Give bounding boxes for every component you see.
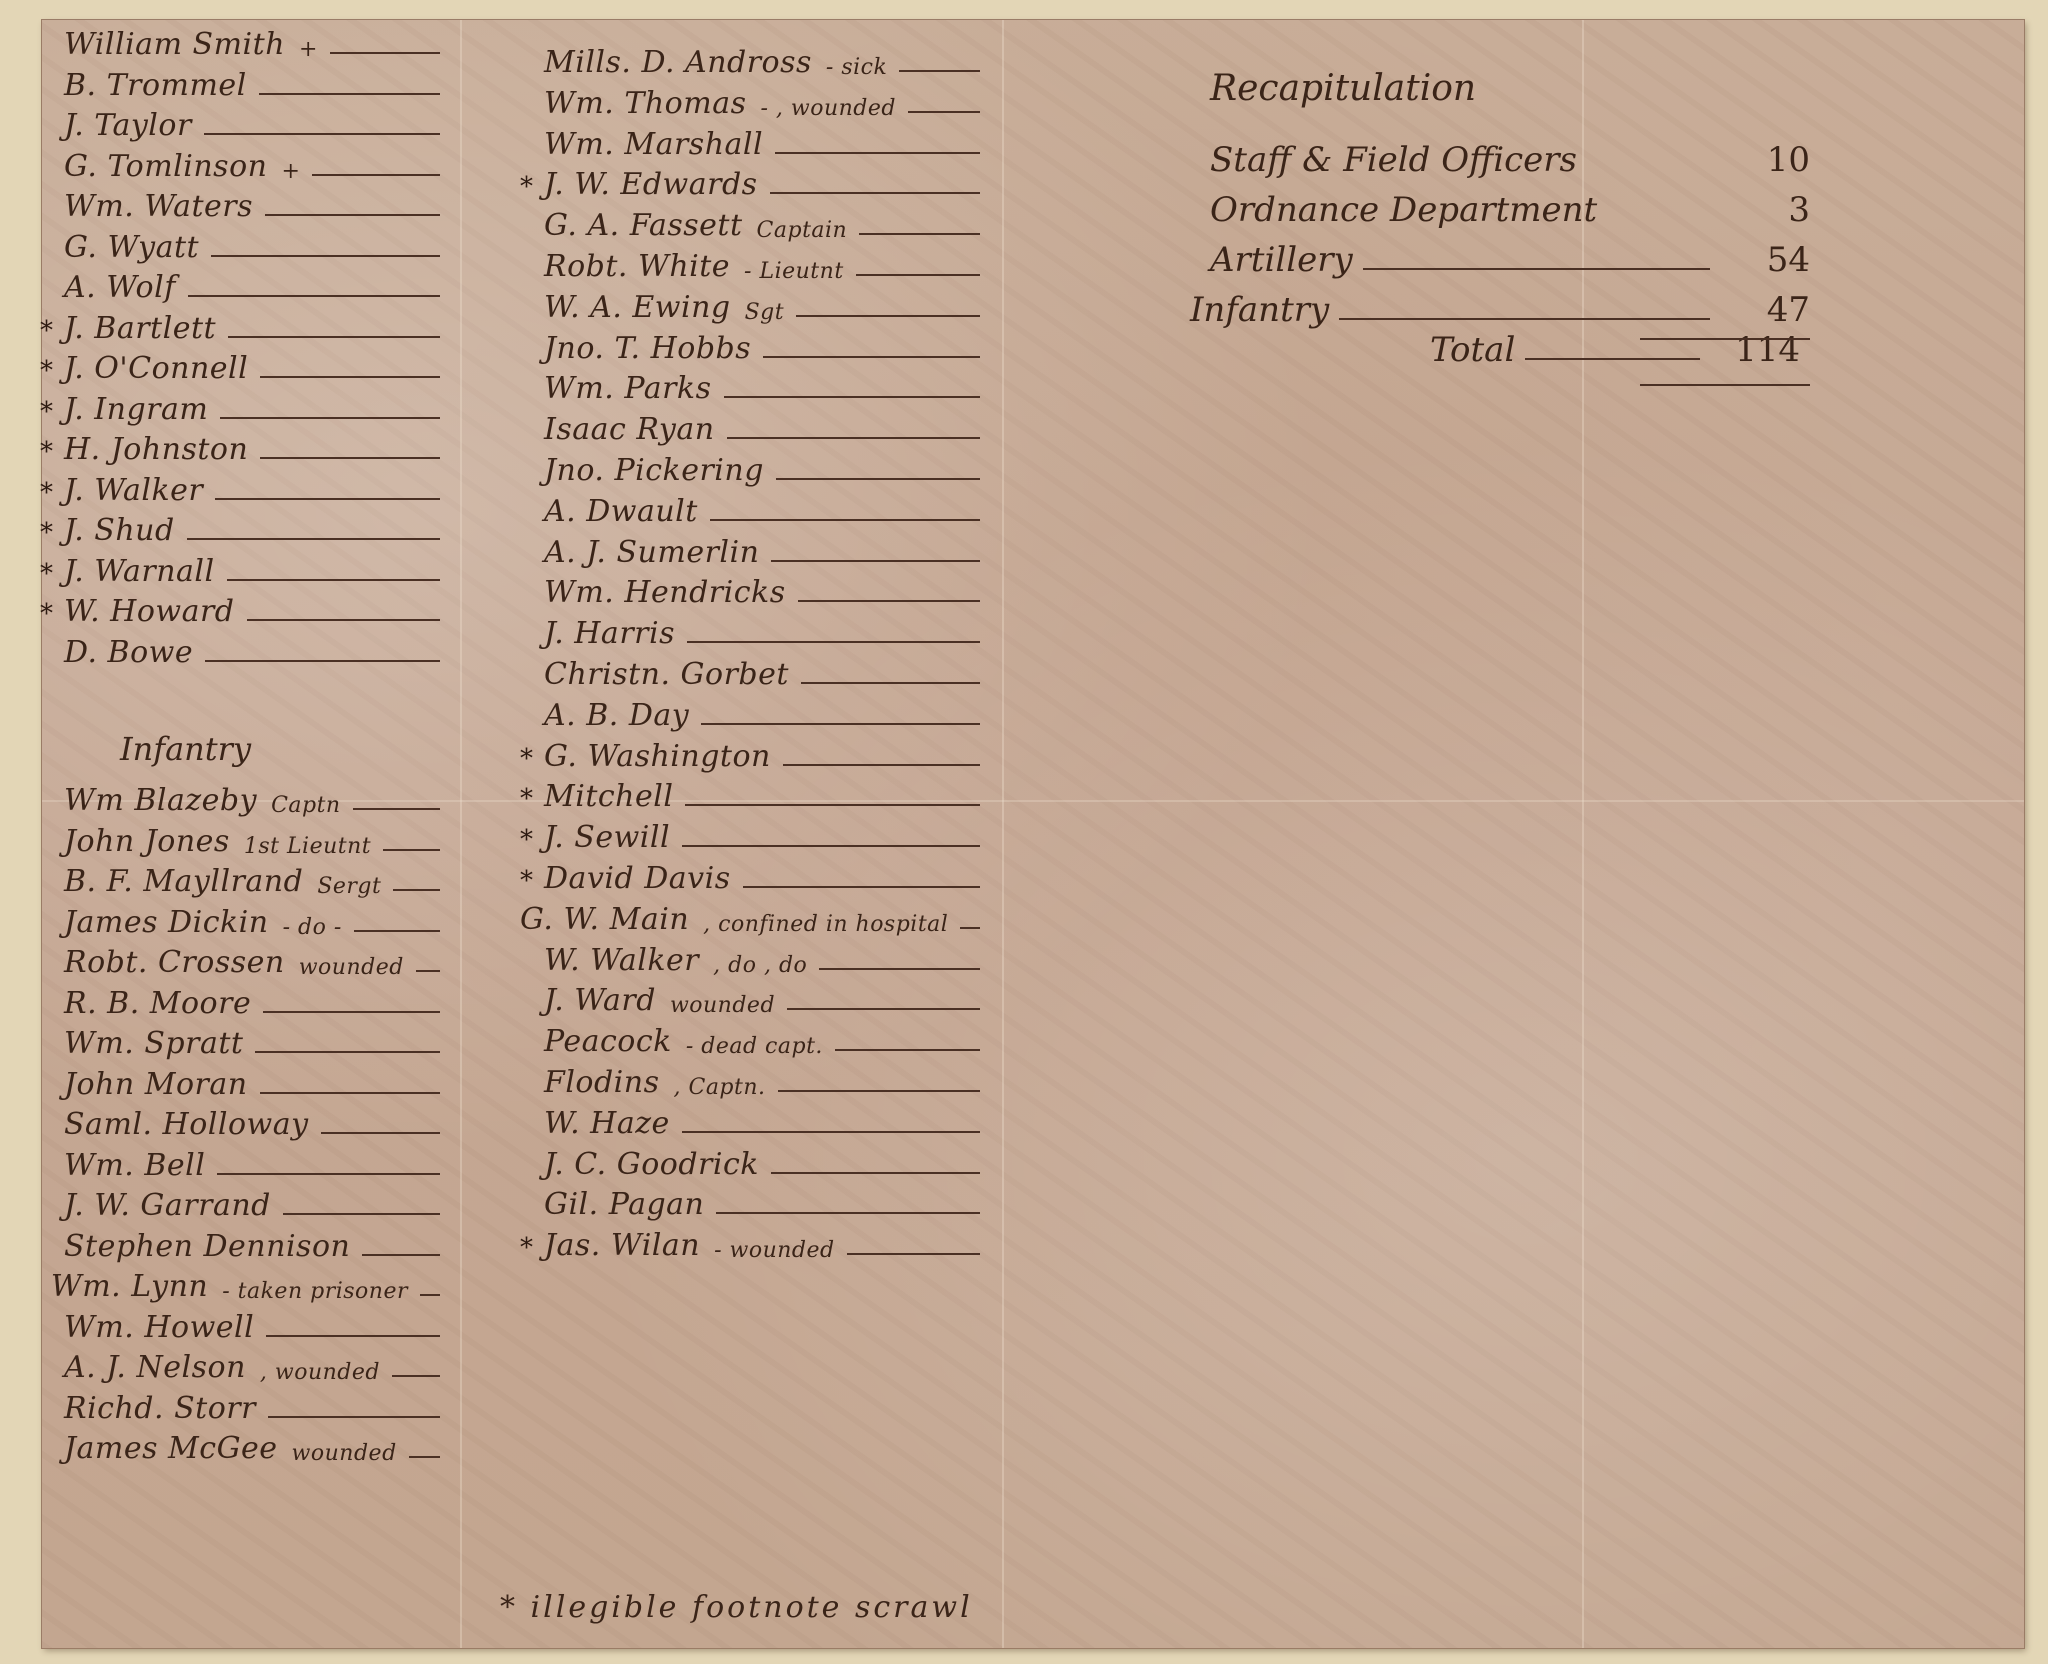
roll-entry: Jno. Pickering [520,448,980,488]
rule-line [205,660,440,662]
rule-line [260,376,440,378]
recap-row: Staff & Field Officers10 [1210,140,1810,180]
person-name: Wm Blazeby [64,783,257,818]
recap-total-row: Total 114 [1430,330,1800,370]
rule-line [798,600,980,602]
roll-entry: Wm. Waters [40,184,440,224]
rule-line [353,808,440,810]
rule-line [847,1253,980,1255]
person-name: Stephen Dennison [64,1229,350,1264]
recap-value: 47 [1720,290,1810,330]
roll-entry: William Smith+ [40,22,440,62]
person-name: B. Trommel [64,68,247,103]
entry-note: , Captn. [674,1075,766,1100]
person-name: A. Wolf [64,270,176,305]
person-name: J. O'Connell [64,351,248,386]
entry-note: - dead capt. [686,1034,823,1059]
roll-entry: D. Bowe [40,630,440,670]
entry-note: - wounded [714,1238,835,1263]
rule-line [215,498,440,500]
entry-note: + [281,159,300,184]
person-name: J. Taylor [64,108,192,143]
rule-line [204,133,440,135]
asterisk-mark-icon: * [40,599,64,629]
rule-line [1339,318,1710,320]
person-name: Mitchell [544,779,673,814]
recap-label: Artillery [1210,240,1353,280]
roll-entry: G. Wyatt [40,225,440,265]
roll-entry: Wm. Howell [40,1305,440,1345]
rule-line [763,356,980,358]
person-name: R. B. Moore [64,986,251,1021]
rule-line [217,1173,440,1175]
rule-line [796,315,980,317]
asterisk-mark-icon: * [40,316,64,346]
roll-entry: *J. Warnall [40,549,440,589]
roll-entry: John Moran [40,1062,440,1102]
entry-note: - taken prisoner [222,1279,408,1304]
entry-note: - , wounded [760,96,896,121]
rule-line [1525,358,1700,360]
rule-line [259,93,440,95]
rule-line [268,1416,440,1418]
roll-entry: A. J. Nelson, wounded [40,1345,440,1385]
rule-line [682,845,980,847]
person-name: G. W. Main [520,902,689,937]
asterisk-mark-icon: * [40,397,64,427]
roll-entry: *W. Howard [40,589,440,629]
roll-entry: James Dickin- do - [40,900,440,940]
person-name: Jas. Wilan [544,1228,700,1263]
rule-line [775,152,980,154]
person-name: Gil. Pagan [544,1187,704,1222]
rule-line [283,1213,440,1215]
rule-line [1607,218,1710,220]
person-name: Richd. Storr [64,1391,256,1426]
roll-entry: B. F. MayllrandSergt [40,859,440,899]
rule-line [228,336,440,338]
rule-line [1363,268,1710,270]
roll-entry: Wm. Parks [520,366,980,406]
fold-line [1002,20,1004,1648]
entry-note: , do , do [713,953,807,978]
roll-entry: *J. W. Edwards [520,162,980,202]
roll-entry: W. Haze [520,1101,980,1141]
person-name: Wm. Marshall [544,127,763,162]
person-name: Flodins [544,1065,660,1100]
roll-entry: G. W. Main, confined in hospital [520,897,980,937]
asterisk-mark-icon: * [520,825,544,855]
roll-entry: Robt. Crossenwounded [40,940,440,980]
asterisk-mark-icon: * [40,437,64,467]
roll-entry: J. Taylor [40,103,440,143]
roll-entry: Wm BlazebyCaptn [40,778,440,818]
person-name: William Smith [64,27,285,62]
person-name: Robt. White [544,249,730,284]
recap-row: Artillery54 [1210,240,1810,280]
person-name: Wm. Waters [64,189,253,224]
person-name: J. Bartlett [64,311,216,346]
recap-value: 54 [1720,240,1810,280]
rule-line [835,1049,980,1051]
section-heading-infantry: Infantry [120,730,251,768]
roll-entry: Christn. Gorbet [520,652,980,692]
rule-line [266,1335,440,1337]
rule-line [682,1131,980,1133]
entry-note: , wounded [260,1360,380,1385]
person-name: A. J. Nelson [64,1350,246,1385]
rule-line [701,723,980,725]
entry-note: - sick [826,55,887,80]
person-name: Christn. Gorbet [544,657,789,692]
person-name: D. Bowe [64,635,193,670]
entry-note: wounded [292,1441,397,1466]
entry-note: , confined in hospital [703,912,948,937]
roll-entry: *J. Sewill [520,815,980,855]
rule-line [321,1132,440,1134]
fold-line [460,20,462,1648]
person-name: John Jones [64,824,230,859]
rule-line [787,1008,980,1010]
asterisk-mark-icon: * [520,784,544,814]
roll-entry: Mills. D. Andross- sick [520,40,980,80]
roll-entry: G. Tomlinson+ [40,144,440,184]
asterisk-mark-icon: * [40,559,64,589]
rule-line [783,764,980,766]
roll-entry: Robt. White- Lieutnt [520,244,980,284]
rule-line [685,804,980,806]
person-name: G. Wyatt [64,230,199,265]
person-name: W. Walker [544,943,699,978]
rule-line [247,619,441,621]
roll-entry: J. W. Garrand [40,1183,440,1223]
roll-entry: R. B. Moore [40,981,440,1021]
rule-line [416,970,440,972]
person-name: Mills. D. Andross [544,45,812,80]
rule-line [778,1090,980,1092]
roll-entry: *J. Shud [40,508,440,548]
roll-entry: J. C. Goodrick [520,1142,980,1182]
rule-line [859,233,980,235]
rule-line [260,457,440,459]
person-name: W. Haze [544,1106,670,1141]
entry-note: wounded [299,955,404,980]
person-name: Isaac Ryan [544,412,715,447]
recap-title: Recapitulation [1210,68,1476,109]
rule-line [687,641,980,643]
asterisk-mark-icon: * [520,866,544,896]
roll-entry: J. Wardwounded [520,978,980,1018]
roll-entry: A. B. Day [520,693,980,733]
roll-entry: A. Dwault [520,489,980,529]
roll-entry: Wm. Bell [40,1143,440,1183]
person-name: J. Walker [64,473,203,508]
rule-line [770,192,980,194]
rule-line [960,927,980,929]
roll-entry: W. A. EwingSgt [520,285,980,325]
roll-entry: *H. Johnston [40,427,440,467]
person-name: Jno. T. Hobbs [544,331,751,366]
person-name: Wm. Parks [544,371,712,406]
footer-note: * illegible footnote scrawl [500,1590,1450,1625]
rule-line [393,889,440,891]
asterisk-mark-icon: * [520,1233,544,1263]
person-name: David Davis [544,861,731,896]
person-name: J. Warnall [64,554,215,589]
rule-line [899,70,980,72]
person-name: G. Tomlinson [64,149,267,184]
roll-entry: *David Davis [520,856,980,896]
roll-entry: Jno. T. Hobbs [520,326,980,366]
recap-value: 3 [1720,190,1810,230]
roll-entry: Wm. Thomas- , wounded [520,81,980,121]
person-name: Jno. Pickering [544,453,764,488]
person-name: B. F. Mayllrand [64,864,303,899]
person-name: Wm. Thomas [544,86,746,121]
entry-note: - do - [283,915,342,940]
rule-line [409,1456,440,1458]
rule-line [255,1051,440,1053]
sum-line [1640,338,1810,340]
roll-entry: Wm. Marshall [520,122,980,162]
person-name: W. A. Ewing [544,290,731,325]
roll-entry: Richd. Storr [40,1386,440,1426]
rule-line [330,52,440,54]
rule-line [263,1011,440,1013]
person-name: J. W. Edwards [544,167,758,202]
entry-note: 1st Lieutnt [244,834,371,859]
rule-line [716,1212,980,1214]
rule-line [743,886,980,888]
person-name: H. Johnston [64,432,248,467]
person-name: J. Harris [544,616,675,651]
roll-entry: Flodins, Captn. [520,1060,980,1100]
entry-note: + [299,37,318,62]
total-underline [1640,384,1810,386]
rule-line [211,255,440,257]
entry-note: Sergt [317,874,381,899]
person-name: James McGee [64,1431,278,1466]
asterisk-mark-icon: * [40,356,64,386]
roll-entry: Saml. Holloway [40,1102,440,1142]
roll-entry: Wm. Hendricks [520,570,980,610]
recap-value: 10 [1720,140,1810,180]
rule-line [312,174,440,176]
recap-total-label: Total [1430,330,1515,370]
person-name: J. W. Garrand [64,1188,271,1223]
person-name: A. J. Sumerlin [544,535,759,570]
roll-entry: James McGeewounded [40,1426,440,1466]
rule-line [771,1172,980,1174]
rule-line [260,1092,440,1094]
roll-entry: *Jas. Wilan- wounded [520,1223,980,1263]
roll-entry: *J. Ingram [40,387,440,427]
roll-entry: *J. Walker [40,468,440,508]
rule-line [724,396,981,398]
recap-label: Ordnance Department [1210,190,1597,230]
rule-line [801,682,980,684]
rule-line [187,538,440,540]
recap-row: Ordnance Department3 [1210,190,1810,230]
asterisk-mark-icon: * [40,478,64,508]
entry-note: - Lieutnt [744,259,844,284]
person-name: Wm. Spratt [64,1026,243,1061]
roll-entry: *G. Washington [520,734,980,774]
entry-note: Sgt [745,300,785,325]
person-name: Saml. Holloway [64,1107,309,1142]
rule-line [908,111,980,113]
person-name: G. A. Fassett [544,208,743,243]
person-name: Robt. Crossen [64,945,285,980]
rule-line [856,274,980,276]
rule-line [771,560,980,562]
roll-entry: A. J. Sumerlin [520,530,980,570]
rule-line [392,1375,440,1377]
roll-entry: J. Harris [520,611,980,651]
person-name: Wm. Bell [64,1148,205,1183]
roll-entry: Stephen Dennison [40,1224,440,1264]
roll-entry: Gil. Pagan [520,1182,980,1222]
person-name: J. Sewill [544,820,670,855]
person-name: G. Washington [544,739,771,774]
roll-entry: Peacock- dead capt. [520,1019,980,1059]
rule-line [776,478,980,480]
entry-note: Captn [271,793,341,818]
entry-note: wounded [670,993,775,1018]
person-name: W. Howard [64,594,235,629]
roll-entry: A. Wolf [40,265,440,305]
roll-entry: *J. O'Connell [40,346,440,386]
person-name: J. Ingram [64,392,208,427]
person-name: James Dickin [64,905,269,940]
roll-entry: G. A. FassettCaptain [520,203,980,243]
rule-line [362,1254,440,1256]
recap-label: Staff & Field Officers [1210,140,1577,180]
recap-row: Infantry47 [1190,290,1810,330]
roll-entry: John Jones1st Lieutnt [40,819,440,859]
recap-total-value: 114 [1710,330,1800,370]
rule-line [819,968,980,970]
rule-line [265,214,440,216]
person-name: A. B. Day [544,698,689,733]
roll-entry: *Mitchell [520,774,980,814]
rule-line [220,417,440,419]
asterisk-mark-icon: * [520,172,544,202]
person-name: A. Dwault [544,494,698,529]
asterisk-mark-icon: * [520,744,544,774]
roll-entry: B. Trommel [40,63,440,103]
roll-entry: Isaac Ryan [520,407,980,447]
rule-line [383,849,440,851]
person-name: Peacock [544,1024,672,1059]
recap-label: Infantry [1190,290,1329,330]
person-name: J. Shud [64,513,175,548]
person-name: Wm. Howell [64,1310,254,1345]
rule-line [420,1294,440,1296]
rule-line [188,295,440,297]
roll-entry: Wm. Lynn- taken prisoner [40,1264,440,1304]
person-name: Wm. Lynn [51,1269,208,1304]
roll-entry: W. Walker, do , do [520,938,980,978]
person-name: J. C. Goodrick [544,1147,759,1182]
rule-line [354,930,440,932]
rule-line [727,437,980,439]
rule-line [227,579,440,581]
rule-line [710,519,980,521]
roll-entry: Wm. Spratt [40,1021,440,1061]
entry-note: Captain [757,218,848,243]
asterisk-mark-icon: * [40,518,64,548]
rule-line [1587,168,1710,170]
person-name: Wm. Hendricks [544,575,786,610]
person-name: John Moran [64,1067,248,1102]
roll-entry: *J. Bartlett [40,306,440,346]
person-name: J. Ward [544,983,656,1018]
